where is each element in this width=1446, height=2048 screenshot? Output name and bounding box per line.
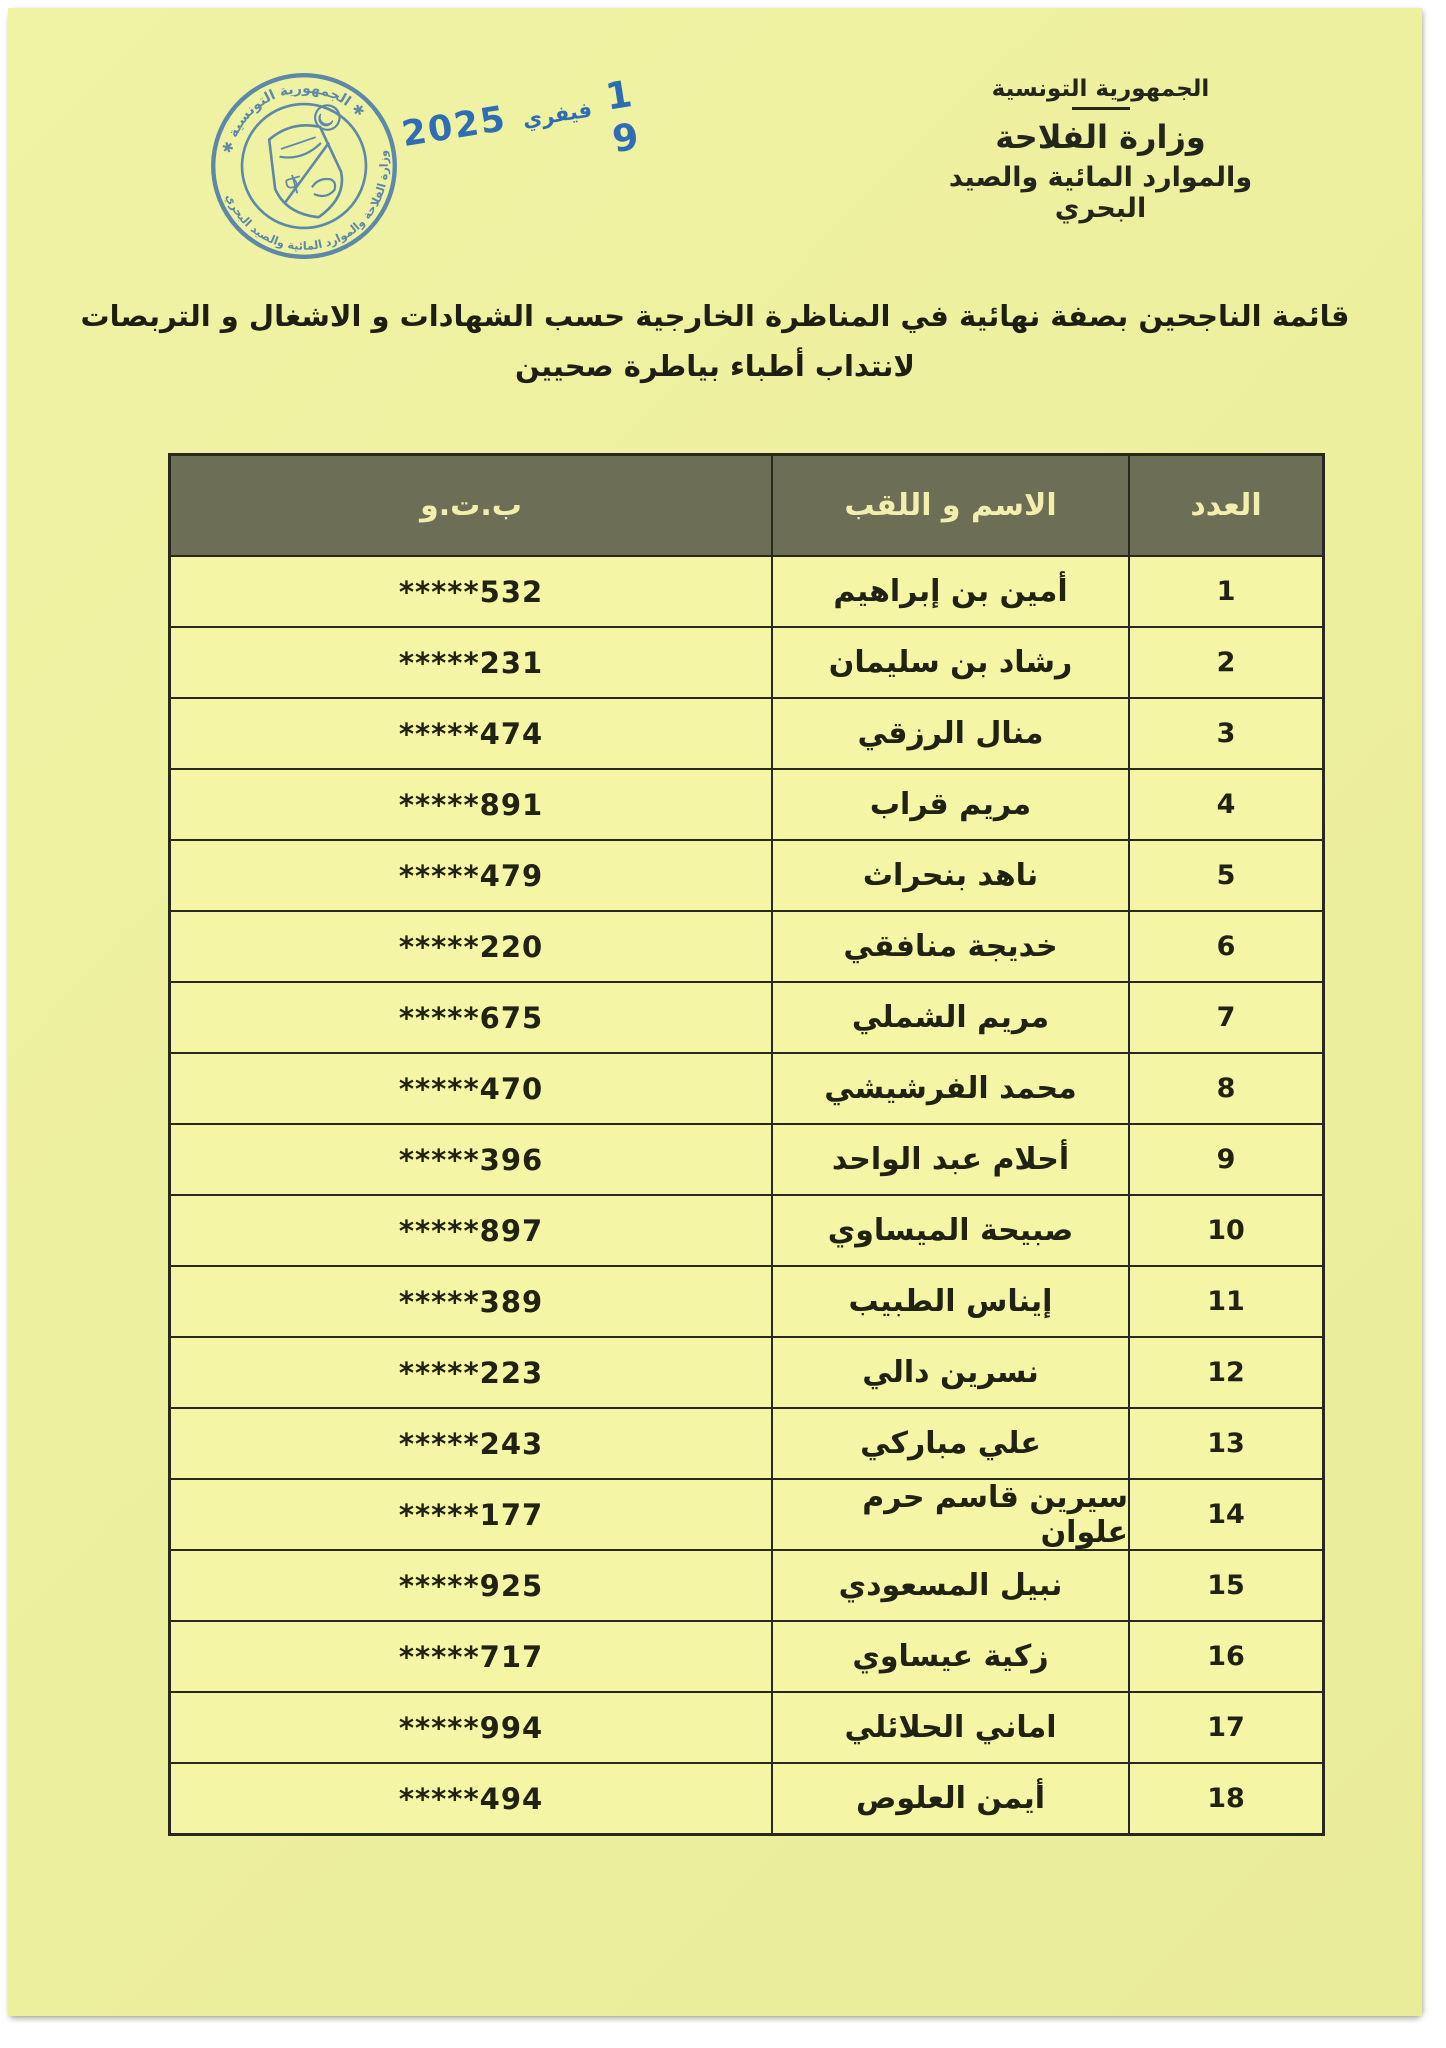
cell-name: زكية عيساوي (852, 1639, 1048, 1674)
table-header-row: ب.ت.و الاسم و اللقب العدد (171, 456, 1322, 555)
table-row: *****474 منال الرزقي 3 (171, 697, 1322, 768)
cell-number: 13 (1207, 1428, 1245, 1459)
cell-name: صبيحة الميساوي (828, 1213, 1074, 1248)
scan-canvas: { "letterhead": { "republic": "الجمهورية… (0, 0, 1446, 2048)
cell-id: *****897 (399, 1214, 543, 1248)
table-row: *****243 علي مباركي 13 (171, 1407, 1322, 1478)
cell-id: *****532 (399, 575, 543, 609)
table-row: *****532 أمين بن إبراهيم 1 (171, 555, 1322, 626)
letterhead-ministry-line2: والموارد المائية والصيد البحري (928, 162, 1273, 224)
cell-name: خديجة منافقي (843, 929, 1057, 964)
cell-number: 10 (1207, 1215, 1245, 1246)
cell-name: علي مباركي (860, 1426, 1041, 1461)
cell-number: 8 (1217, 1073, 1236, 1104)
cell-number: 14 (1207, 1499, 1245, 1530)
ministry-round-stamp-icon: ✱ الجمهورية التونسية ✱ وزارة الفلاحة وال… (185, 47, 422, 284)
table-row: *****223 نسرين دالي 12 (171, 1336, 1322, 1407)
table-row: *****891 مريم قراب 4 (171, 768, 1322, 839)
cell-name: اماني الحلائلي (845, 1710, 1057, 1745)
cell-name: سيرين قاسم حرم علوان (773, 1480, 1128, 1549)
table-row: *****231 رشاد بن سليمان 2 (171, 626, 1322, 697)
date-day: 1 9 (603, 71, 647, 161)
title-line-2: لانتداب أطباء بياطرة صحيين (8, 341, 1422, 391)
letterhead-republic: الجمهورية التونسية (928, 76, 1273, 102)
table-row: *****897 صبيحة الميساوي 10 (171, 1194, 1322, 1265)
cell-name: أحلام عبد الواحد (832, 1142, 1069, 1177)
cell-id: *****474 (399, 717, 543, 751)
cell-id: *****396 (399, 1143, 543, 1177)
cell-id: *****925 (399, 1569, 543, 1603)
document-title: قائمة الناجحين بصفة نهائية في المناظرة ا… (8, 291, 1422, 391)
date-year: 2025 (399, 99, 509, 155)
cell-number: 5 (1217, 860, 1236, 891)
table-row: *****470 محمد الفرشيشي 8 (171, 1052, 1322, 1123)
cell-name: مريم قراب (870, 787, 1031, 822)
cell-id: *****891 (399, 788, 543, 822)
cell-number: 4 (1217, 789, 1236, 820)
cell-number: 1 (1217, 576, 1236, 607)
cell-number: 11 (1207, 1286, 1245, 1317)
table-row: *****675 مريم الشملي 7 (171, 981, 1322, 1052)
document-page: ✱ الجمهورية التونسية ✱ وزارة الفلاحة وال… (8, 8, 1422, 2016)
header-cell-number: العدد (1128, 456, 1322, 555)
cell-number: 9 (1217, 1144, 1236, 1175)
table-row: *****925 نبيل المسعودي 15 (171, 1549, 1322, 1620)
cell-name: رشاد بن سليمان (829, 645, 1073, 680)
cell-id: *****243 (399, 1427, 543, 1461)
letterhead: الجمهورية التونسية وزارة الفلاحة والموار… (928, 76, 1273, 224)
results-table: ب.ت.و الاسم و اللقب العدد *****532 أمين … (168, 453, 1325, 1836)
cell-name: مريم الشملي (852, 1000, 1049, 1035)
letterhead-ministry-line1: وزارة الفلاحة (928, 118, 1273, 156)
table-row: *****994 اماني الحلائلي 17 (171, 1691, 1322, 1762)
table-row: *****177 سيرين قاسم حرم علوان 14 (171, 1478, 1322, 1549)
cell-id: *****994 (399, 1711, 543, 1745)
cell-id: *****675 (399, 1001, 543, 1035)
cell-name: أيمن العلوص (856, 1781, 1045, 1816)
header-cell-name: الاسم و اللقب (771, 456, 1128, 555)
cell-id: *****389 (399, 1285, 543, 1319)
cell-name: منال الرزقي (857, 716, 1043, 751)
cell-number: 15 (1207, 1570, 1245, 1601)
cell-name: إيناس الطبيب (849, 1284, 1053, 1319)
title-line-1: قائمة الناجحين بصفة نهائية في المناظرة ا… (8, 291, 1422, 341)
table-row: *****220 خديجة منافقي 6 (171, 910, 1322, 981)
cell-name: ناهد بنحراث (863, 858, 1038, 893)
cell-id: *****479 (399, 859, 543, 893)
cell-number: 18 (1207, 1783, 1245, 1814)
table-row: *****494 أيمن العلوص 18 (171, 1762, 1322, 1833)
cell-name: محمد الفرشيشي (824, 1071, 1077, 1106)
cell-id: *****231 (399, 646, 543, 680)
cell-name: أمين بن إبراهيم (833, 574, 1067, 609)
table-row: *****389 إيناس الطبيب 11 (171, 1265, 1322, 1336)
cell-id: *****494 (399, 1782, 543, 1816)
stamp-svg: ✱ الجمهورية التونسية ✱ وزارة الفلاحة وال… (185, 47, 422, 284)
table-row: *****717 زكية عيساوي 16 (171, 1620, 1322, 1691)
cell-number: 6 (1217, 931, 1236, 962)
date-month: فيفري (521, 97, 594, 132)
table-body: *****532 أمين بن إبراهيم 1 *****231 رشاد… (171, 555, 1322, 1833)
cell-id: *****220 (399, 930, 543, 964)
cell-id: *****717 (399, 1640, 543, 1674)
cell-name: نبيل المسعودي (839, 1568, 1063, 1603)
cell-number: 12 (1207, 1357, 1245, 1388)
header-cell-id: ب.ت.و (171, 456, 771, 555)
cell-id: *****223 (399, 1356, 543, 1390)
cell-number: 17 (1207, 1712, 1245, 1743)
table-row: *****396 أحلام عبد الواحد 9 (171, 1123, 1322, 1194)
cell-number: 16 (1207, 1641, 1245, 1672)
cell-number: 2 (1217, 647, 1236, 678)
cell-number: 3 (1217, 718, 1236, 749)
table-row: *****479 ناهد بنحراث 5 (171, 839, 1322, 910)
date-received-stamp: 2025 فيفري 1 9 (399, 77, 640, 198)
cell-number: 7 (1217, 1002, 1236, 1033)
letterhead-divider (1072, 107, 1130, 110)
cell-name: نسرين دالي (862, 1355, 1038, 1390)
cell-id: *****177 (399, 1498, 543, 1532)
cell-id: *****470 (399, 1072, 543, 1106)
